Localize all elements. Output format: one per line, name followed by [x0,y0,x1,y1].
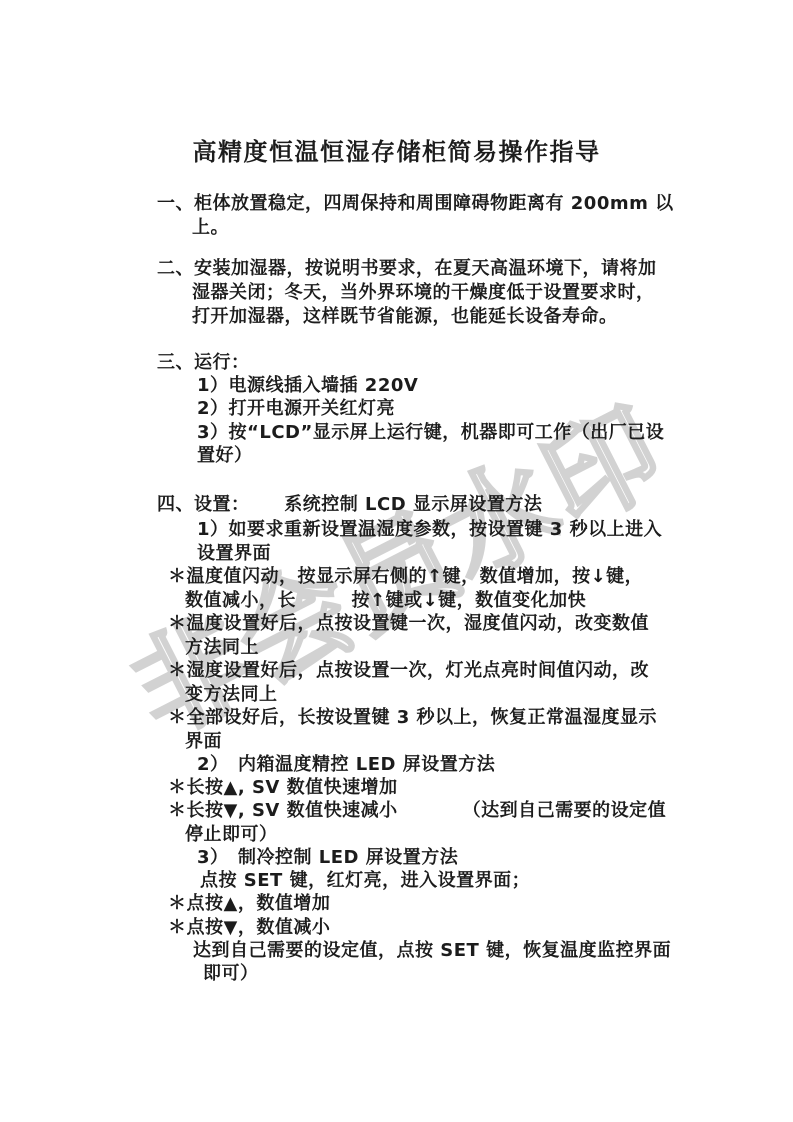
doc-line: 即可） [203,963,259,984]
doc-line: 1）如要求重新设置温湿度参数，按设置键 3 秒以上进入 [197,519,662,540]
doc-line: ＊长按▲, SV 数值快速增加 [168,777,398,798]
doc-line: 四、设置： 系统控制 LCD 显示屏设置方法 [157,494,542,515]
doc-line: 2） 内箱温度精控 LED 屏设置方法 [197,754,495,775]
doc-line: 打开加湿器，这样既节省能源，也能延长设备寿命。 [192,306,618,327]
doc-line: 3）按“LCD”显示屏上运行键，机器即可工作（出厂已设 [197,422,664,443]
doc-line: 湿器关闭；冬天，当外界环境的干燥度低于设置要求时， [192,282,655,303]
doc-line: 点按 SET 键，红灯亮，进入设置界面； [200,870,530,891]
doc-line: ＊点按▼，数值减小 [168,917,330,938]
doc-line: 置好） [197,445,253,466]
doc-line: 设置界面 [197,543,271,564]
doc-line: 界面 [185,731,222,752]
page-title: 高精度恒温恒湿存储柜简易操作指导 [0,132,793,167]
doc-line: 2）打开电源开关红灯亮 [197,398,395,419]
doc-line: 停止即可） [185,824,278,845]
doc-line: ＊点按▲，数值增加 [168,893,330,914]
doc-line: 3） 制冷控制 LED 屏设置方法 [197,847,458,868]
doc-line: ＊全部设好后，长按设置键 3 秒以上，恢复正常温湿度显示 [168,707,657,728]
document-page: 非会员水印 高精度恒温恒湿存储柜简易操作指导 一、柜体放置稳定，四周保持和周围障… [0,0,793,1122]
doc-line: ＊温度值闪动，按显示屏右侧的↑键，数值增加，按↓键， [168,566,643,587]
doc-line: 一、柜体放置稳定，四周保持和周围障碍物距离有 200mm 以 [157,193,674,214]
doc-line: ＊湿度设置好后，点按设置一次，灯光点亮时间值闪动，改 [168,660,649,681]
doc-line: 数值减小，长 按↑键或↓键，数值变化加快 [185,590,586,611]
doc-line: ＊温度设置好后，点按设置键一次，湿度值闪动，改变数值 [168,613,649,634]
doc-line: 达到自己需要的设定值，点按 SET 键，恢复温度监控界面 [193,940,671,961]
doc-line: 二、安装加湿器，按说明书要求，在夏天高温环境下，请将加 [157,258,657,279]
doc-line: 1）电源线插入墙插 220V [197,375,418,396]
doc-line: 变方法同上 [185,684,278,705]
doc-line: 方法同上 [185,637,259,658]
doc-line: 三、运行： [157,352,250,373]
doc-line: ＊长按▼, SV 数值快速减小 （达到自己需要的设定值 [168,800,666,821]
doc-line: 上。 [192,217,229,238]
